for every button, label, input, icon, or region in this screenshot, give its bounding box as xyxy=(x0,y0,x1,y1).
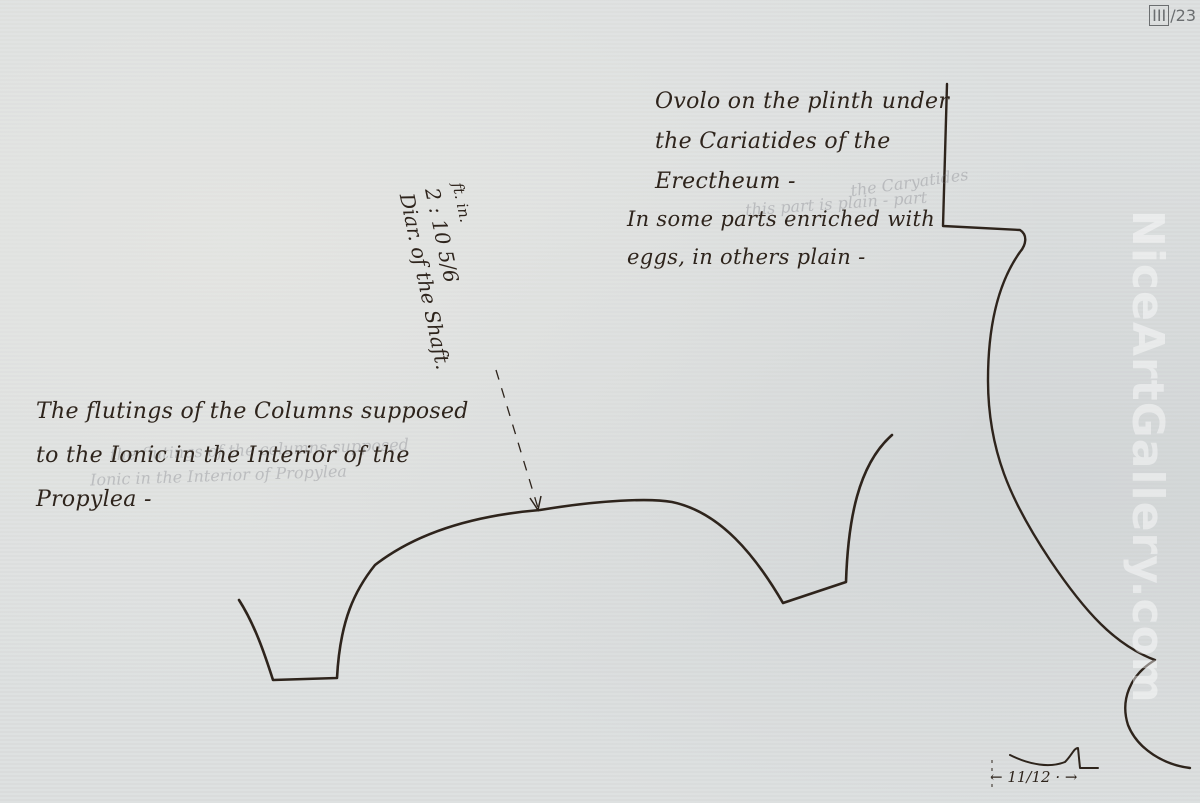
dimension-arrow xyxy=(496,370,538,508)
drawing-sheet: III/23 the Caryatides this part is plain… xyxy=(0,0,1200,803)
annotation-line: the Cariatides of the xyxy=(655,122,949,162)
annotation-line: In some parts enriched with xyxy=(627,200,935,238)
ovolo-annotation: Ovolo on the plinth under the Cariatides… xyxy=(655,82,949,202)
catalog-number: III/23 xyxy=(1149,6,1196,25)
annotation-line: to the Ionic in the Interior of the xyxy=(36,434,469,478)
annotation-line: The flutings of the Columns supposed xyxy=(36,390,469,434)
base-detail xyxy=(1010,748,1098,768)
annotation-line: Erectheum - xyxy=(655,162,949,202)
fluting-annotation: The flutings of the Columns supposed to … xyxy=(36,390,469,522)
annotation-line: Propylea - xyxy=(36,478,469,522)
watermark: NiceArtGallery.com xyxy=(1122,210,1173,704)
annotation-line: Ovolo on the plinth under xyxy=(655,82,949,122)
catalog-volume: III xyxy=(1149,5,1169,26)
annotation-line: eggs, in others plain - xyxy=(627,238,935,276)
catalog-page: /23 xyxy=(1170,6,1196,25)
scale-annotation: ← 11/12 · → xyxy=(990,768,1077,786)
enrichment-annotation: In some parts enriched with eggs, in oth… xyxy=(627,200,935,276)
